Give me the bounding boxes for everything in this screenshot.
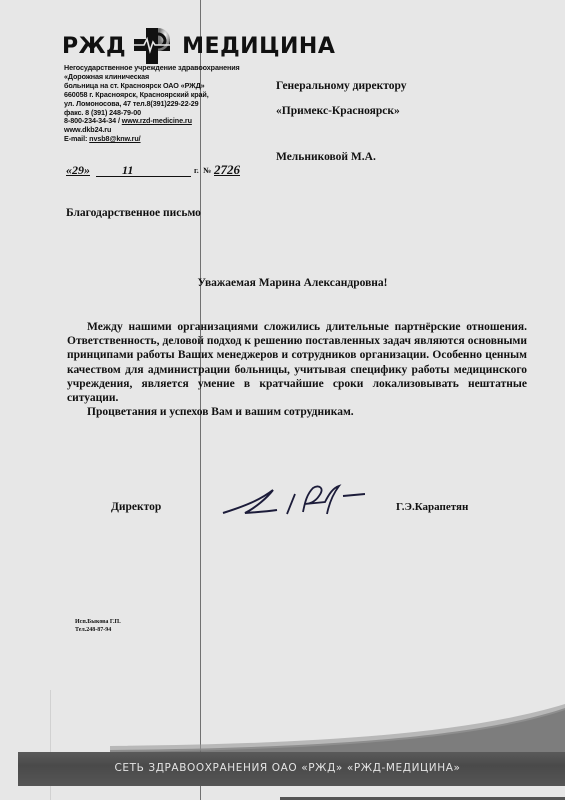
quote-close: » (84, 163, 90, 177)
handwritten-signature-icon (215, 480, 365, 520)
hotline-phone: 8-800-234-34-34 / (64, 116, 122, 125)
body-paragraph: Между нашими организациями сложились дли… (67, 320, 527, 405)
logo-text-medicine: МЕДИЦИНА (182, 34, 335, 59)
org-email-line: E-mail: nvsb8@knw.ru/ (64, 135, 274, 144)
month-underline (96, 176, 191, 177)
rzd-medicine-logo: РЖД МЕДИЦИНА (62, 28, 335, 64)
email-link[interactable]: nvsb8@knw.ru/ (89, 134, 140, 143)
greeting: Уважаемая Марина Александровна! (0, 277, 565, 289)
website-link-rzd-medicine[interactable]: www.rzd-medicine.ru (122, 116, 192, 125)
signatory-role: Директор (111, 501, 161, 513)
letter-body: Между нашими организациями сложились дли… (67, 320, 527, 419)
registration-number: 2726 (214, 162, 240, 178)
addressee-company: «Примекс-Красноярск» (276, 105, 400, 117)
organization-details: Негосударственное учреждение здравоохран… (64, 64, 274, 144)
letter-page: РЖД МЕДИЦИНА Негосударственное учреждени… (0, 0, 565, 800)
closing-paragraph: Процветания и успехов Вам и вашим сотруд… (67, 405, 527, 419)
logo-text-rzd: РЖД (62, 34, 126, 59)
addressee-position: Генеральному директору (276, 80, 406, 92)
number-label: № (203, 166, 211, 175)
registration-date-number: «29» 11 г. № 2726 (64, 164, 254, 180)
executor-name: Исп.Быкова Г.П. (75, 618, 121, 626)
document-title: Благодарственное письмо (66, 207, 201, 219)
medical-cross-heartbeat-icon (132, 26, 176, 66)
day-value: 29 (72, 163, 84, 177)
registration-day: «29» (66, 163, 90, 178)
email-label: E-mail: (64, 134, 89, 143)
year-suffix: г. (194, 166, 199, 175)
footer-slogan: СЕТЬ ЗДРАВООХРАНЕНИЯ ОАО «РЖД» «РЖД-МЕДИ… (0, 762, 565, 774)
registration-month: 11 (122, 163, 133, 178)
addressee-name: Мельниковой М.А. (276, 151, 376, 163)
signatory-name: Г.Э.Карапетян (396, 501, 468, 513)
executor-info: Исп.Быкова Г.П. Тел.248-87-94 (75, 618, 121, 634)
executor-phone: Тел.248-87-94 (75, 626, 121, 634)
